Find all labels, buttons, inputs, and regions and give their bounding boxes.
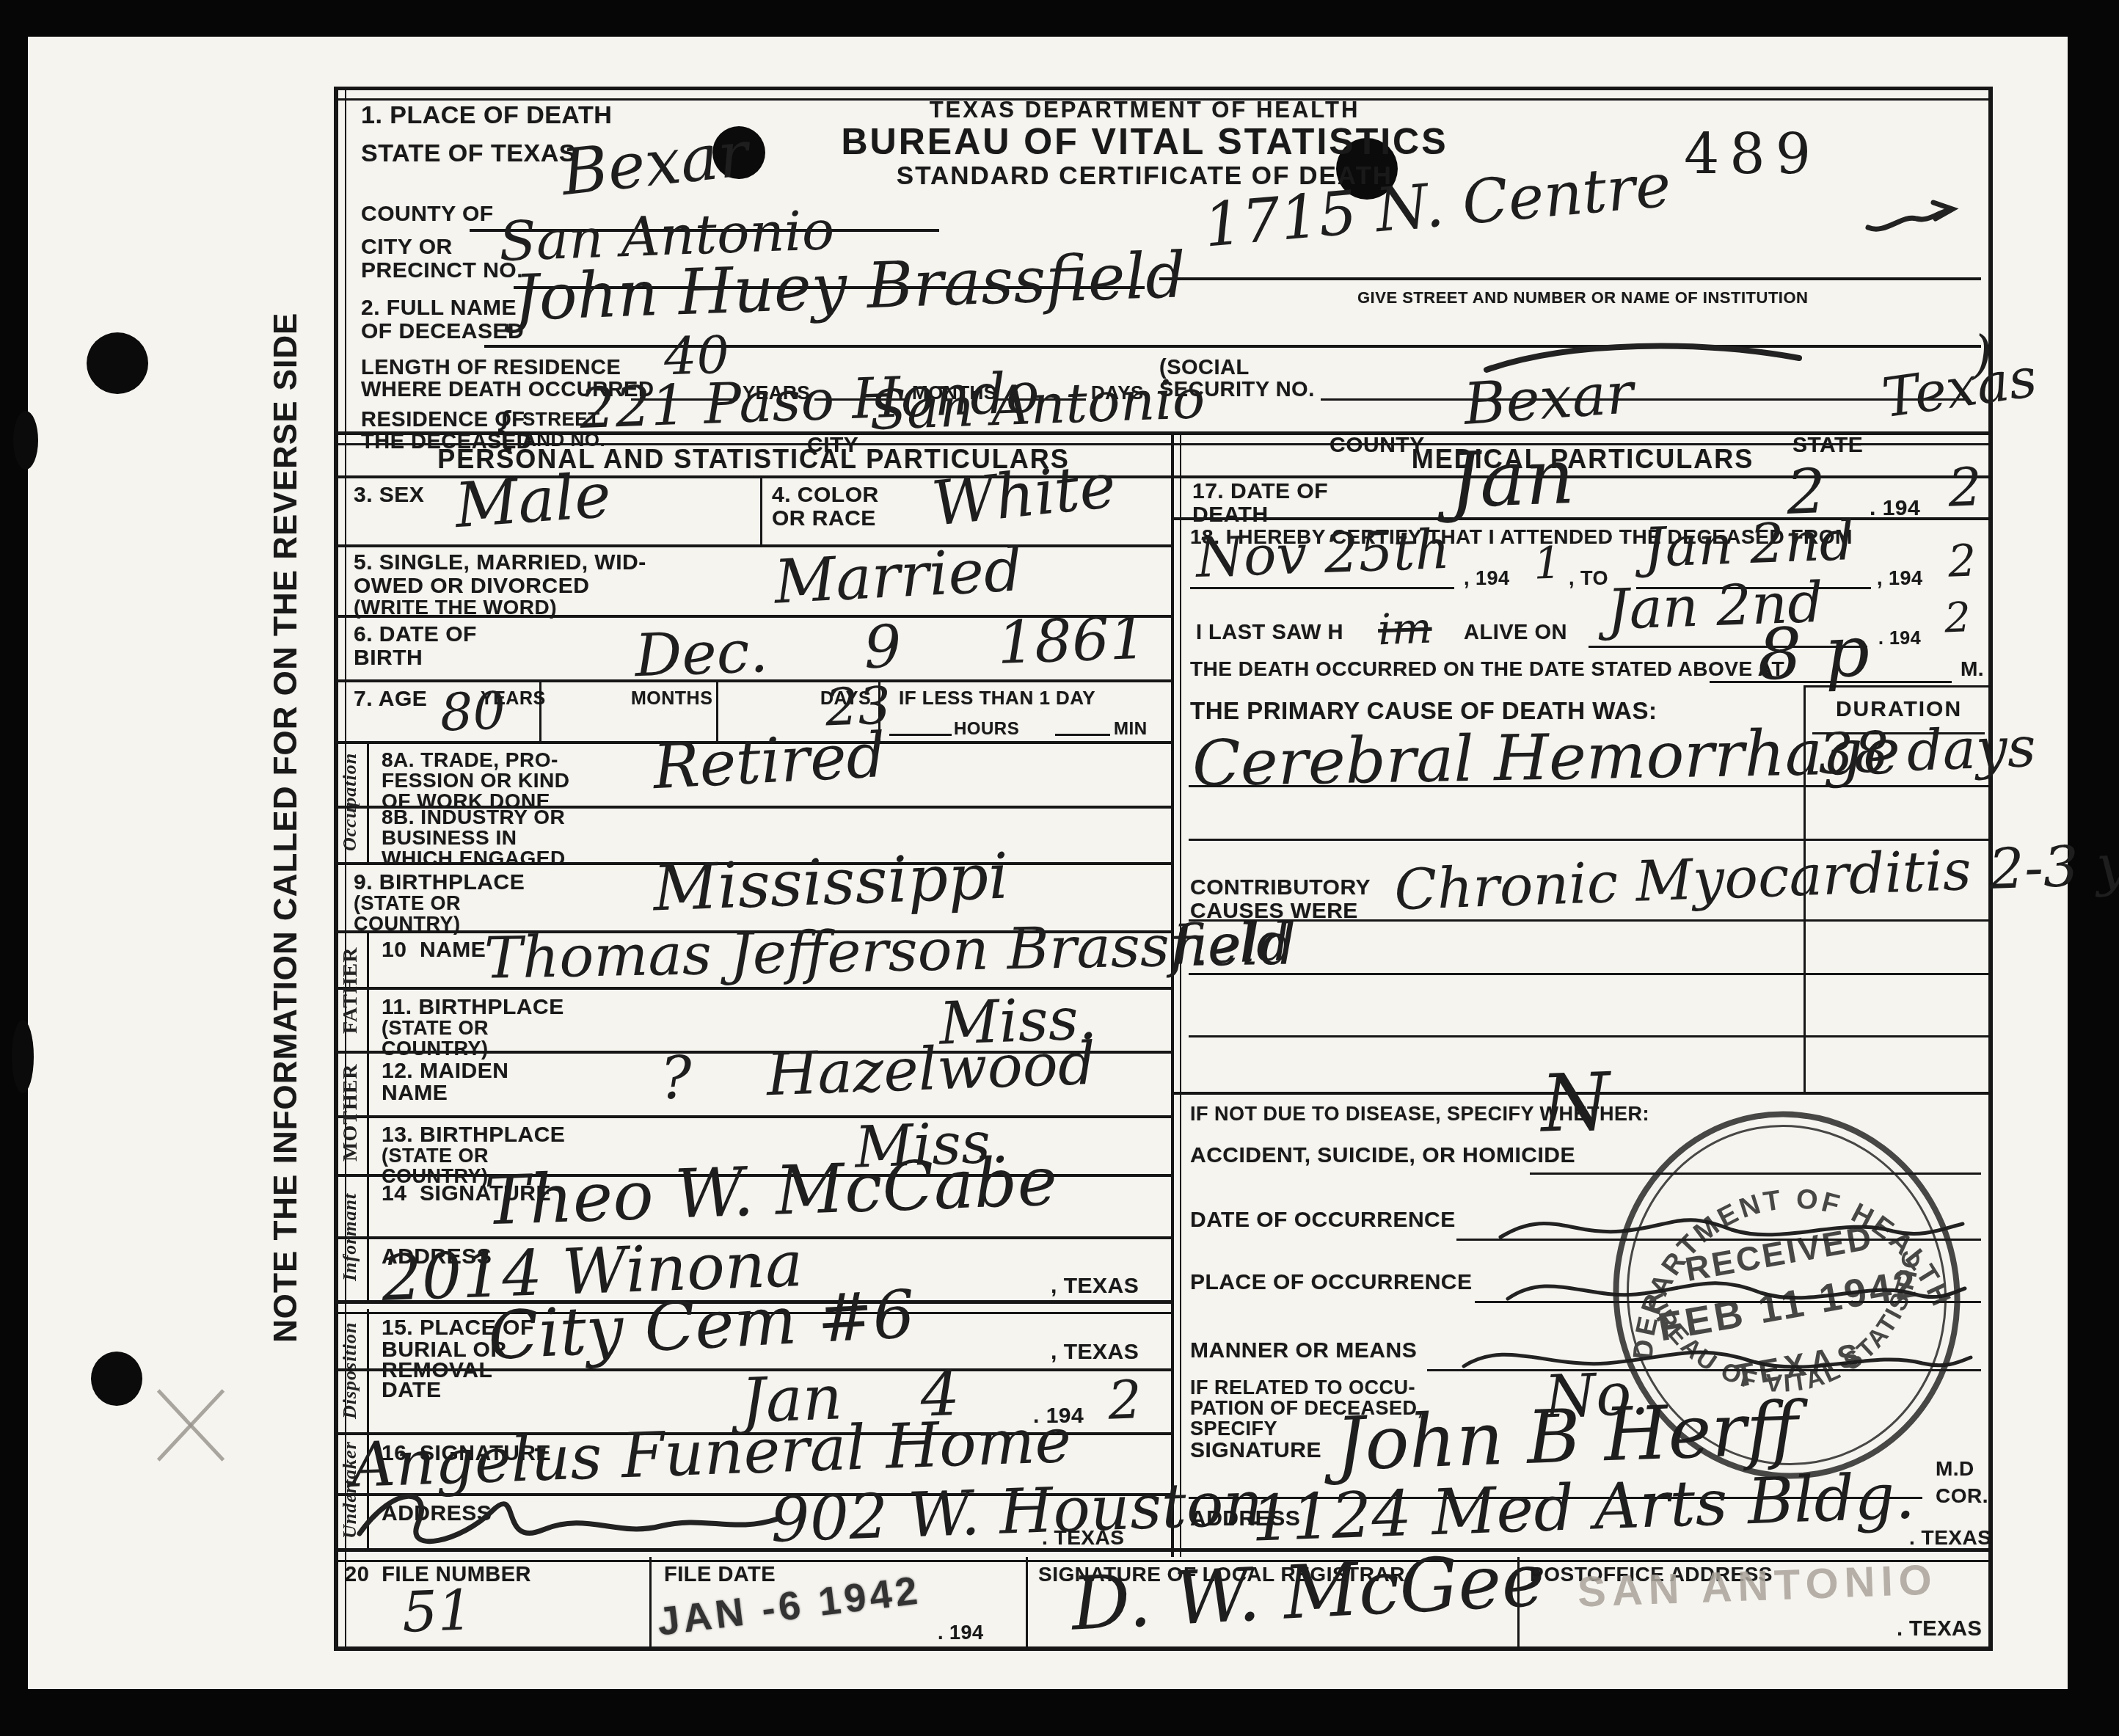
- illegible-signature-mark: [352, 1467, 792, 1556]
- form-left-border: [334, 87, 338, 1651]
- last-saw-label: ALIVE ON: [1464, 622, 1567, 643]
- postoffice-state: . TEXAS: [1897, 1619, 1982, 1640]
- min-label: MIN: [1114, 721, 1148, 738]
- color-value: White: [929, 454, 1118, 535]
- age-divider: [539, 679, 541, 741]
- trade-value: Retired: [652, 724, 887, 798]
- attended-year-prefix2: , 194: [1877, 569, 1923, 588]
- death-occurred-label: THE DEATH OCCURRED ON THE DATE STATED AB…: [1190, 659, 1784, 679]
- maiden-name-value: ? Hazelwood: [660, 1035, 1097, 1109]
- last-saw-year: 2: [1944, 597, 1972, 639]
- duration-top-line: [1803, 685, 1991, 688]
- footer-divider: [649, 1557, 652, 1646]
- file-date-label: FILE DATE: [664, 1564, 776, 1586]
- contributory-underline: [1189, 919, 1988, 922]
- md-label: M.D: [1936, 1459, 1974, 1479]
- related-label: SPECIFY: [1190, 1419, 1277, 1439]
- date-of-death-label: 17. DATE OF: [1192, 481, 1328, 503]
- informant-address-state: , TEXAS: [1051, 1275, 1139, 1297]
- age-years-value: 80: [440, 685, 506, 738]
- full-name-label: 2. FULL NAME: [361, 297, 517, 319]
- mother-birthplace-label: 13. BIRTHPLACE: [382, 1124, 565, 1146]
- row-line: [334, 1115, 1171, 1118]
- contributory-label: CONTRIBUTORY: [1190, 877, 1371, 899]
- manner-means-label: MANNER OR MEANS: [1190, 1340, 1417, 1362]
- maiden-name-label: NAME: [382, 1082, 448, 1104]
- last-saw-insert: im: [1377, 607, 1433, 652]
- margin-note: NOTE THE INFORMATION CALLED FOR ON THE R…: [270, 316, 302, 1343]
- father-birthplace-label: 11. BIRTHPLACE: [382, 996, 564, 1018]
- color-label: 4. COLOR: [772, 484, 879, 506]
- date-occurrence-label: DATE OF OCCURRENCE: [1190, 1209, 1456, 1231]
- form-bottom-border: [334, 1646, 1993, 1651]
- dob-label: BIRTH: [354, 647, 423, 669]
- father-birthplace-label: (STATE OR: [382, 1018, 489, 1038]
- column-divider-inner: [1180, 431, 1181, 1557]
- strip-line: [367, 1051, 369, 1174]
- primary-cause-label: THE PRIMARY CAUSE OF DEATH WAS:: [1190, 699, 1657, 723]
- street-line: [1159, 277, 1981, 280]
- date-of-death-month: Jan: [1448, 438, 1575, 519]
- hours-line: [889, 734, 952, 736]
- footer-divider: [1026, 1557, 1028, 1646]
- ssn-line: [1321, 398, 1966, 401]
- attended-to-year: 2: [1947, 539, 1977, 583]
- row-line: [1171, 517, 1991, 520]
- row-line: [334, 544, 1171, 547]
- birthplace-label: 9. BIRTHPLACE: [354, 872, 525, 894]
- county-value: Bexar: [558, 123, 751, 205]
- min-line: [1055, 734, 1110, 736]
- pen-squiggle-mark: [1864, 192, 1966, 244]
- date-of-death-label: DEATH: [1192, 504, 1269, 526]
- strip-line: [367, 741, 369, 862]
- side-label-father: FATHER: [339, 930, 362, 1051]
- last-saw-label: I LAST SAW H: [1196, 622, 1343, 643]
- attended-to-value: Jan 2nd: [1643, 514, 1855, 575]
- industry-label: 8B. INDUSTRY OR: [382, 807, 565, 828]
- sex-label: 3. SEX: [354, 484, 424, 506]
- physician-address-state: . TEXAS: [1909, 1528, 1991, 1548]
- industry-label: BUSINESS IN: [382, 828, 517, 848]
- bureau-title: BUREAU OF VITAL STATISTICS: [841, 123, 1448, 160]
- street-note: GIVE STREET AND NUMBER OR NAME OF INSTIT…: [1357, 290, 1808, 306]
- primary-cause-duration: 38 days: [1817, 719, 2037, 782]
- birthplace-label: COUNTRY): [354, 914, 461, 934]
- sex-color-divider: [760, 475, 762, 544]
- cause-underline: [1189, 785, 1988, 787]
- strip-line: [367, 930, 369, 1051]
- strip-line: [367, 1174, 369, 1300]
- burial-state: , TEXAS: [1051, 1341, 1139, 1363]
- cor-label: COR.: [1936, 1486, 1988, 1506]
- marital-label: OWED OR DIVORCED: [354, 575, 589, 597]
- certificate-number: 489: [1684, 121, 1821, 186]
- burial-date-year-value: 2: [1107, 1373, 1142, 1427]
- death-time-value: 8 p: [1756, 616, 1870, 690]
- birthplace-label: (STATE OR: [354, 894, 461, 913]
- marital-label: (WRITE THE WORD): [354, 597, 557, 618]
- side-label-mother: MOTHER: [339, 1051, 362, 1174]
- strip-line: [367, 1309, 369, 1432]
- place-of-death-label: 1. PLACE OF DEATH: [361, 103, 612, 128]
- punch-hole-bottom: [91, 1352, 142, 1406]
- punch-hole-top: [87, 332, 148, 394]
- sex-value: Male: [453, 464, 613, 537]
- received-stamp: DEPARTMENT OF HEALTH BUREAU OF VITAL STA…: [1573, 1076, 2001, 1515]
- attended-year-prefix: , 194: [1464, 569, 1510, 588]
- place-occurrence-label: PLACE OF OCCURRENCE: [1190, 1272, 1473, 1294]
- less-than-day-label: IF LESS THAN 1 DAY: [899, 688, 1095, 707]
- informant-signature-value: Theo W. McCabe: [484, 1148, 1059, 1235]
- last-saw-year-prefix: . 194: [1878, 630, 1921, 648]
- scanned-death-certificate: { "meta": { "certificate_number": "489",…: [0, 0, 2119, 1736]
- father-birthplace-label: COUNTRY): [382, 1039, 489, 1059]
- side-label-occupation: Occupation: [339, 741, 361, 862]
- column-divider: [1171, 431, 1174, 1557]
- date-of-death-year: 2: [1947, 460, 1983, 514]
- burial-date-label: DATE: [382, 1379, 441, 1401]
- attended-from-value: Nov 25th: [1195, 522, 1451, 586]
- dob-value: Dec. 9 1861: [634, 609, 1148, 685]
- city-label: CITY OR: [361, 236, 453, 258]
- trade-label: 8A. TRADE, PRO-: [382, 750, 558, 770]
- file-number-value: 51: [401, 1582, 474, 1640]
- physician-signature-label: SIGNATURE: [1190, 1440, 1321, 1462]
- county-label: COUNTY OF: [361, 203, 494, 225]
- left-edge-blob: [13, 411, 38, 470]
- primary-cause-value: Cerebral Hemorrhage: [1192, 721, 1900, 796]
- full-name-label: OF DECEASED: [361, 321, 524, 343]
- color-label: OR RACE: [772, 508, 876, 530]
- city-label: PRECINCT NO.: [361, 260, 523, 282]
- department-title: TEXAS DEPARTMENT OF HEALTH: [930, 98, 1360, 121]
- state-of-texas-label: STATE OF TEXAS: [361, 141, 576, 166]
- date-of-death-year-prefix: . 194: [1870, 497, 1920, 519]
- blank-line: [1189, 973, 1988, 975]
- trade-label: FESSION OR KIND: [382, 770, 569, 791]
- undertaker-address-state: . TEXAS: [1042, 1528, 1124, 1548]
- dob-label: 6. DATE OF: [354, 624, 477, 646]
- hours-label: HOURS: [954, 721, 1019, 738]
- related-label: IF RELATED TO OCCU-: [1190, 1378, 1415, 1398]
- birthplace-value: Mississippi: [652, 845, 1010, 921]
- marital-value: Married: [773, 540, 1024, 613]
- handwriting-overflow: held: [1173, 915, 1291, 971]
- accident-label: ACCIDENT, SUICIDE, OR HOMICIDE: [1190, 1145, 1575, 1167]
- time-m-label: M.: [1961, 659, 1984, 679]
- residence-county-value: Bexar: [1462, 365, 1635, 434]
- industry-label: WHICH ENGAGED: [382, 848, 566, 869]
- marital-label: 5. SINGLE, MARRIED, WID-: [354, 552, 646, 574]
- attended-to-label: , TO: [1569, 569, 1608, 588]
- attended-from-year: 1: [1533, 541, 1562, 586]
- file-date-year: . 194: [938, 1623, 984, 1643]
- mother-birthplace-label: (STATE OR: [382, 1146, 489, 1166]
- blank-line: [1189, 1035, 1988, 1037]
- accident-value: N: [1539, 1062, 1611, 1144]
- side-label-informant: Informant: [339, 1174, 361, 1300]
- age-months-label: MONTHS: [631, 690, 712, 708]
- side-label-disposition: Disposition: [339, 1309, 361, 1432]
- residence-city-value: San Antonio: [869, 372, 1206, 438]
- father-name-label: 10 NAME: [382, 939, 486, 961]
- maiden-name-label: 12. MAIDEN: [382, 1060, 508, 1082]
- age-label: 7. AGE: [354, 688, 427, 710]
- left-edge-blob: [12, 1020, 34, 1093]
